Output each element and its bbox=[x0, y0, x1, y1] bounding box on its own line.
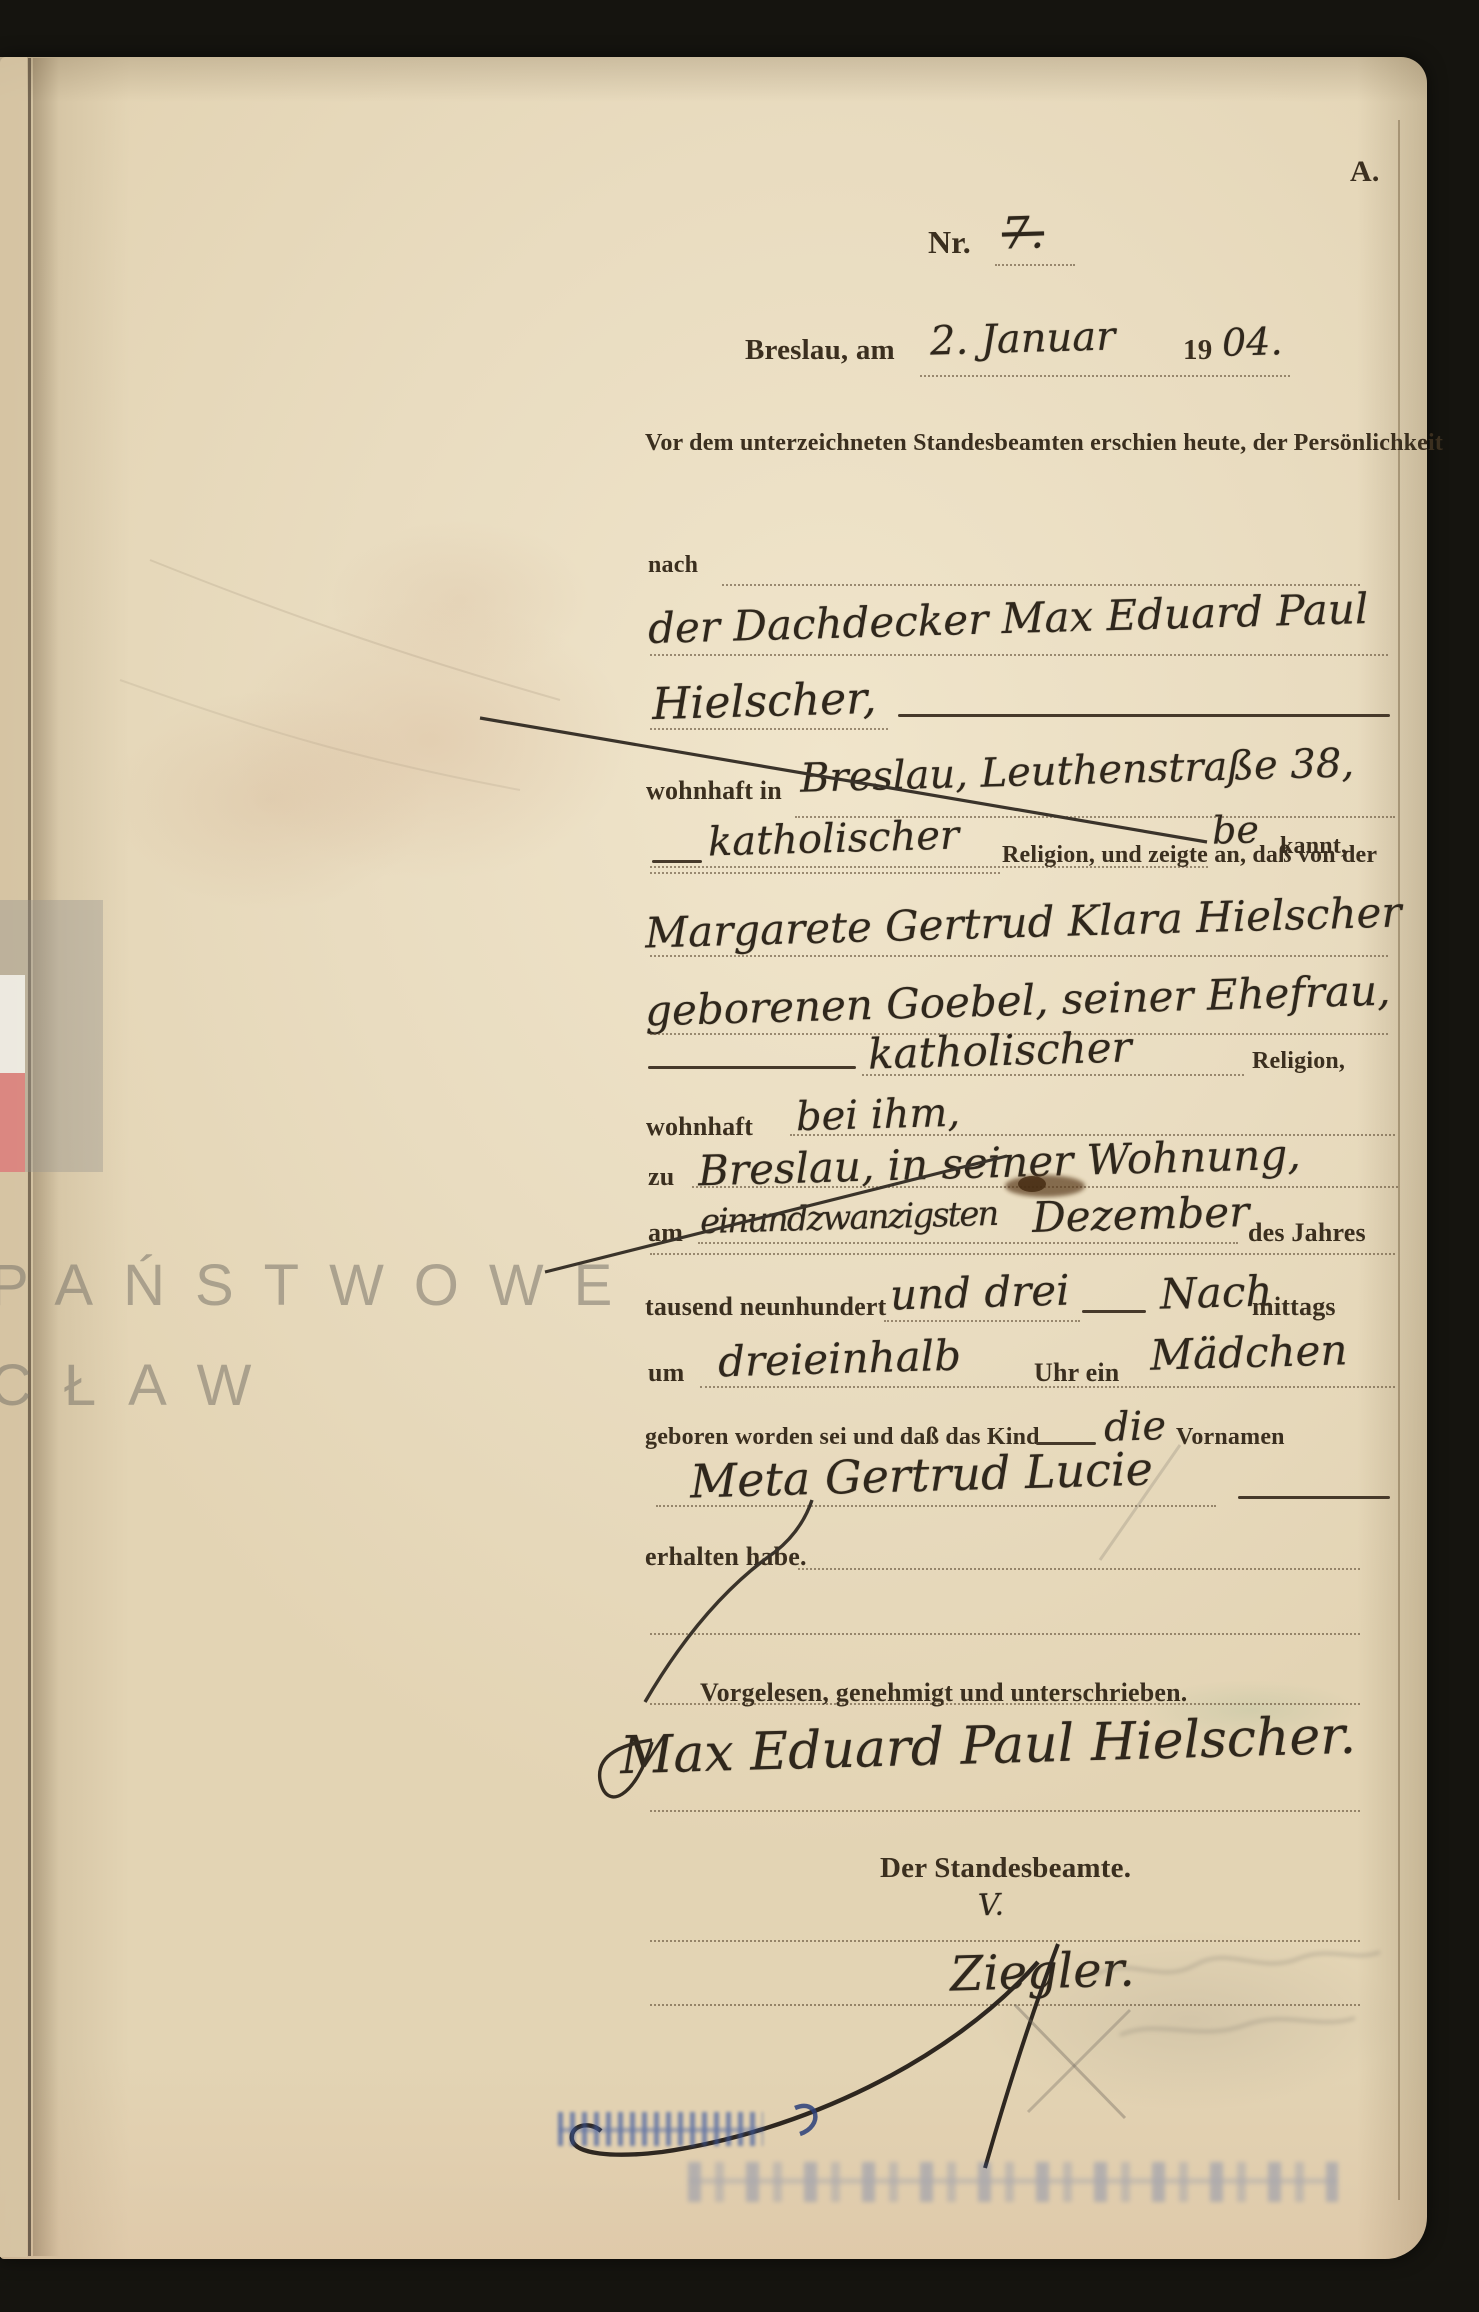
form-dotted-line bbox=[650, 652, 1388, 656]
record-number-label: Nr. bbox=[928, 224, 971, 261]
form-dotted-line bbox=[884, 1318, 1080, 1322]
form-dotted-line bbox=[650, 953, 1388, 957]
form-dotted-line bbox=[698, 1240, 1238, 1244]
form-dotted-line bbox=[920, 373, 1290, 377]
form-dotted-line bbox=[656, 1503, 1216, 1507]
intro-line2: nach bbox=[648, 552, 698, 579]
received-printed: erhalten habe. bbox=[645, 1542, 807, 1572]
year-printed: tausend neunhundert bbox=[645, 1292, 887, 1322]
dateline-date-written: 2. Januar bbox=[929, 313, 1115, 364]
religion1-written: katholischer bbox=[707, 813, 959, 866]
archive-watermark-line1: PAŃSTWOWE bbox=[0, 1252, 642, 1319]
form-dotted-line bbox=[650, 1631, 1360, 1635]
archive-watermark-line2: CŁAW bbox=[0, 1352, 283, 1419]
birthdate-label: am bbox=[648, 1218, 683, 1248]
form-dotted-line bbox=[650, 1938, 1360, 1942]
blank-filler-dash bbox=[1082, 1310, 1146, 1313]
form-dotted-line bbox=[700, 1384, 1395, 1388]
religion2-printed: Religion, bbox=[1252, 1048, 1345, 1075]
born-suffix: Vornamen bbox=[1176, 1424, 1285, 1451]
form-corner-letter: A. bbox=[1350, 155, 1380, 189]
form-dotted-line bbox=[650, 2002, 1360, 2006]
blank-filler-line bbox=[1238, 1496, 1390, 1499]
religion1-printed: Religion, und zeigte an, daß von der bbox=[1002, 842, 1377, 869]
declarant-line2: Hielscher, bbox=[651, 673, 877, 730]
birthplace-label: zu bbox=[648, 1162, 674, 1192]
form-dotted-line bbox=[650, 870, 1000, 874]
blank-filler-line bbox=[898, 714, 1390, 717]
child-sex: Mädchen bbox=[1149, 1325, 1348, 1379]
record-number-value: 7. bbox=[1001, 207, 1044, 259]
residence2-label: wohnhaft bbox=[646, 1112, 753, 1142]
blank-filler-line bbox=[648, 1066, 856, 1069]
residence-label: wohnhaft in bbox=[646, 776, 782, 806]
archive-logo-white-block bbox=[0, 975, 25, 1073]
form-dotted-line bbox=[862, 1072, 1244, 1076]
readout-printed: Vorgelesen, genehmigt und unterschrieben… bbox=[700, 1678, 1188, 1708]
birthdate-month: Dezember bbox=[1031, 1187, 1249, 1242]
dateline-year-printed: 19 bbox=[1183, 334, 1212, 367]
dateline-year-written: 04. bbox=[1221, 319, 1283, 365]
form-dotted-line bbox=[650, 1808, 1360, 1812]
form-dotted-line bbox=[722, 582, 1360, 586]
birthdate-day: einundzwanzigsten bbox=[699, 1194, 997, 1242]
birthdate-suffix: des Jahres bbox=[1248, 1218, 1366, 1248]
registrar-signature: Ziegler. bbox=[949, 1941, 1135, 2002]
blank-filler-dash bbox=[652, 860, 702, 863]
intro-line1: Vor dem unterzeichneten Standesbeamten e… bbox=[645, 430, 1443, 457]
daytime-printed: mittags bbox=[1252, 1292, 1336, 1322]
time-label: um bbox=[648, 1358, 685, 1388]
archive-logo-red-block bbox=[0, 1073, 25, 1172]
scanned-register-photo: PAŃSTWOWE CŁAW A. Nr. 7. Breslau, am 2. … bbox=[0, 0, 1479, 2312]
registrar-note: V. bbox=[978, 1888, 1005, 1924]
form-dotted-line bbox=[798, 1566, 1360, 1570]
form-dotted-line bbox=[650, 1251, 1395, 1255]
year-written: und drei bbox=[889, 1266, 1070, 1320]
registrar-title: Der Standesbeamte. bbox=[880, 1852, 1131, 1885]
form-dotted-line bbox=[995, 262, 1075, 266]
time-value: dreieinhalb bbox=[717, 1331, 961, 1387]
religion2-written: katholischer bbox=[867, 1022, 1132, 1078]
blue-ink-stamp-row2 bbox=[688, 2162, 1338, 2202]
blue-ink-stamp-row1 bbox=[558, 2112, 763, 2146]
form-dotted-line bbox=[650, 726, 888, 730]
dateline-place: Breslau, am bbox=[745, 334, 895, 367]
form-dotted-line bbox=[692, 1184, 1398, 1188]
